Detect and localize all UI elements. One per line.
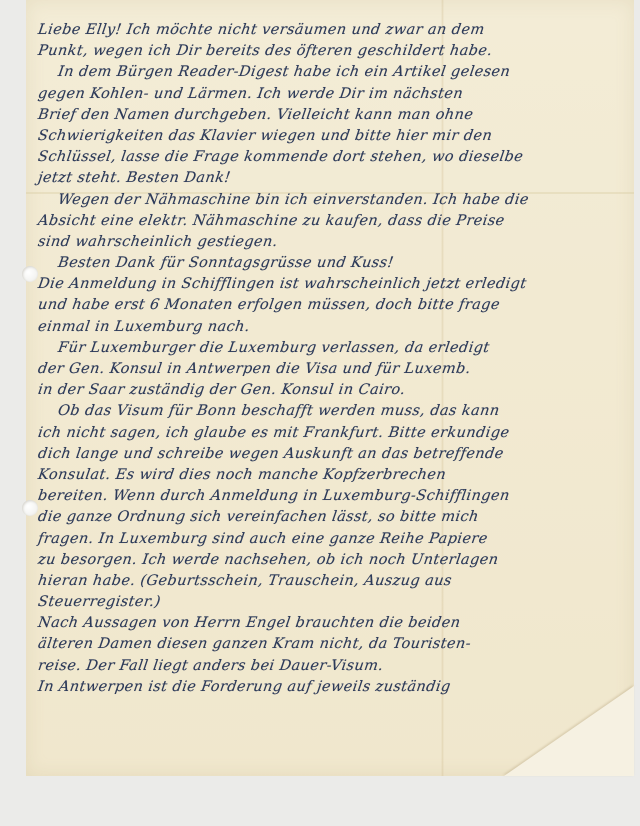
letter-line: älteren Damen diesen ganzen Kram nicht, … xyxy=(37,634,620,655)
handwritten-letter-body: Liebe Elly! Ich möchte nicht versäumen u… xyxy=(38,20,618,698)
scanned-page: Liebe Elly! Ich möchte nicht versäumen u… xyxy=(0,0,640,826)
letter-line: Wegen der Nähmaschine bin ich einverstan… xyxy=(37,190,620,211)
letter-line: Für Luxemburger die Luxemburg verlassen,… xyxy=(37,338,620,359)
letter-line: Schwierigkeiten das Klavier wiegen und b… xyxy=(37,126,620,147)
letter-line: bereiten. Wenn durch Anmeldung in Luxemb… xyxy=(37,486,620,507)
letter-line: hieran habe. (Geburtsschein, Trauschein,… xyxy=(37,571,620,592)
letter-line: Nach Aussagen von Herrn Engel brauchten … xyxy=(37,613,620,634)
letter-line: sind wahrscheinlich gestiegen. xyxy=(37,232,620,253)
letter-line: In Antwerpen ist die Forderung auf jewei… xyxy=(37,677,620,698)
letter-line: gegen Kohlen- und Lärmen. Ich werde Dir … xyxy=(37,84,620,105)
letter-line: Konsulat. Es wird dies noch manche Kopfz… xyxy=(37,465,620,486)
letter-line: Brief den Namen durchgeben. Vielleicht k… xyxy=(37,105,620,126)
letter-line: zu besorgen. Ich werde nachsehen, ob ich… xyxy=(37,550,620,571)
letter-line: Steuerregister.) xyxy=(37,592,620,613)
letter-line: der Gen. Konsul in Antwerpen die Visa un… xyxy=(37,359,620,380)
letter-line: Die Anmeldung in Schifflingen ist wahrsc… xyxy=(37,274,620,295)
letter-line: Liebe Elly! Ich möchte nicht versäumen u… xyxy=(37,20,620,41)
letter-line: Schlüssel, lasse die Frage kommende dort… xyxy=(37,147,620,168)
letter-line: jetzt steht. Besten Dank! xyxy=(37,168,620,189)
letter-line: dich lange und schreibe wegen Auskunft a… xyxy=(37,444,620,465)
letter-line: Absicht eine elektr. Nähmaschine zu kauf… xyxy=(37,211,620,232)
letter-line: die ganze Ordnung sich vereinfachen läss… xyxy=(37,507,620,528)
letter-line: in der Saar zuständig der Gen. Konsul in… xyxy=(37,380,620,401)
punch-hole-bottom xyxy=(22,500,38,516)
letter-line: Ob das Visum für Bonn beschafft werden m… xyxy=(37,401,620,422)
letter-line: fragen. In Luxemburg sind auch eine ganz… xyxy=(37,529,620,550)
letter-line: Punkt, wegen ich Dir bereits des öfteren… xyxy=(37,41,620,62)
letter-line: In dem Bürgen Reader-Digest habe ich ein… xyxy=(37,62,620,83)
folded-corner xyxy=(504,686,634,776)
letter-line: Besten Dank für Sonntagsgrüsse und Kuss! xyxy=(37,253,620,274)
letter-line: und habe erst 6 Monaten erfolgen müssen,… xyxy=(37,295,620,316)
letter-line: ich nicht sagen, ich glaube es mit Frank… xyxy=(37,423,620,444)
letter-line: einmal in Luxemburg nach. xyxy=(37,317,620,338)
letter-line: reise. Der Fall liegt anders bei Dauer-V… xyxy=(37,656,620,677)
